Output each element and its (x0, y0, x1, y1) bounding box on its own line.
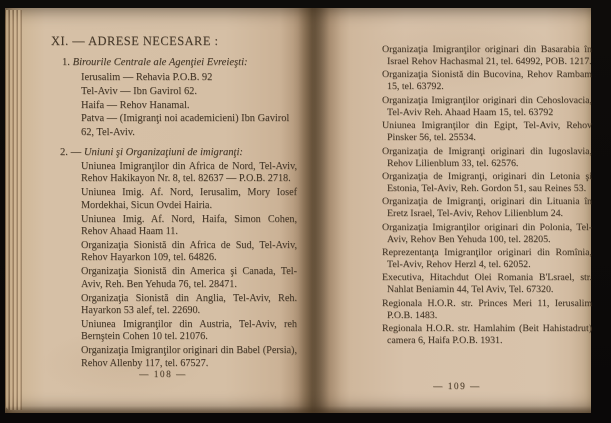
directory-entry: Uniunea Imigranţilor din Africa de Nord,… (81, 161, 297, 186)
section-2-number: 2. — (60, 147, 81, 158)
directory-entry: Organizaţia de Imigranţi, originari din … (382, 171, 592, 195)
right-page: Organizaţia Imigranţilor originari din B… (382, 44, 592, 349)
directory-entry: Executiva, Hitachdut Olei Romania B'Lsra… (382, 272, 592, 296)
directory-entry: Organizaţia de Imigranţi, originari din … (382, 196, 592, 220)
section-2-title: Uniuni şi Organizaţiuni de imigranţi: (84, 147, 243, 158)
directory-entry: Organizaţia de Imigranţi originari din I… (382, 146, 592, 170)
directory-entry: Organizaţia Imigranţilor originari din C… (382, 95, 592, 119)
directory-entry: Uniunea Imigranţilor din Austria, Tel-Av… (81, 319, 297, 344)
address-line: Tel-Aviv — Ibn Gavirol 62. (81, 85, 296, 99)
directory-entry: Reprezentanţa Imigranţilor originari din… (382, 247, 592, 271)
address-line: Haifa — Rehov Hanamal. (81, 99, 296, 113)
section-1-title: Birourile Centrale ale Agenţiei Evreieşt… (73, 57, 248, 68)
central-offices-list: Ierusalim — Rehavia P.O.B. 92 Tel-Aviv —… (81, 71, 296, 140)
immigrant-unions-list: Uniunea Imigranţilor din Africa de Nord,… (81, 161, 297, 370)
directory-entry: Organizaţia Sionistă din Africa de Sud, … (81, 240, 297, 265)
directory-entry: Uniunea Imigranţilor din Egipt, Tel-Aviv… (382, 120, 592, 144)
directory-entry: Uniunea Imig. Af. Nord, Haifa, Simon Coh… (81, 214, 297, 239)
page-gutter (293, 8, 341, 413)
section-1-heading: 1. Birourile Centrale ale Agenţiei Evrei… (62, 56, 297, 69)
address-line: Ierusalim — Rehavia P.O.B. 92 (81, 71, 296, 85)
section-1-number: 1. (62, 57, 70, 68)
book-scan-photo: XI. — ADRESE NECESARE : 1. Birourile Cen… (0, 0, 611, 423)
directory-entry: Organizaţia Sionistă din Bucovina, Rehov… (382, 69, 592, 93)
page-number-right: — 109 — (382, 382, 532, 392)
directory-entry: Organizaţia Sionistă din Anglia, Tel-Avi… (81, 293, 297, 318)
page-stack-edge (5, 10, 22, 410)
directory-entry: Organizaţia Imigranţilor originari din B… (382, 44, 592, 68)
directory-entry: Organizaţia Imigranţilor originari din P… (382, 222, 592, 246)
book-spread: XI. — ADRESE NECESARE : 1. Birourile Cen… (5, 8, 591, 413)
chapter-heading: XI. — ADRESE NECESARE : (51, 35, 297, 48)
directory-entry: Organizaţia Imigranţilor originari din B… (81, 345, 297, 370)
directory-entry: Regionala H.O.R. str. Princes Meri 11, I… (382, 298, 592, 322)
directory-entry: Uniunea Imig. Af. Nord, Ierusalim, Mory … (81, 187, 297, 212)
left-page: XI. — ADRESE NECESARE : 1. Birourile Cen… (51, 35, 297, 371)
page-number-left: — 108 — (45, 370, 281, 380)
address-line: Patva — (Imigranţi noi academicieni) Ibn… (81, 112, 296, 140)
directory-entry: Organizaţia Sionistă din America şi Cana… (81, 266, 297, 291)
section-2-heading: 2. — Uniuni şi Organizaţiuni de imigranţ… (60, 146, 297, 159)
directory-entry: Regionala H.O.R. str. Hamlahim (Beit Hah… (382, 323, 592, 347)
